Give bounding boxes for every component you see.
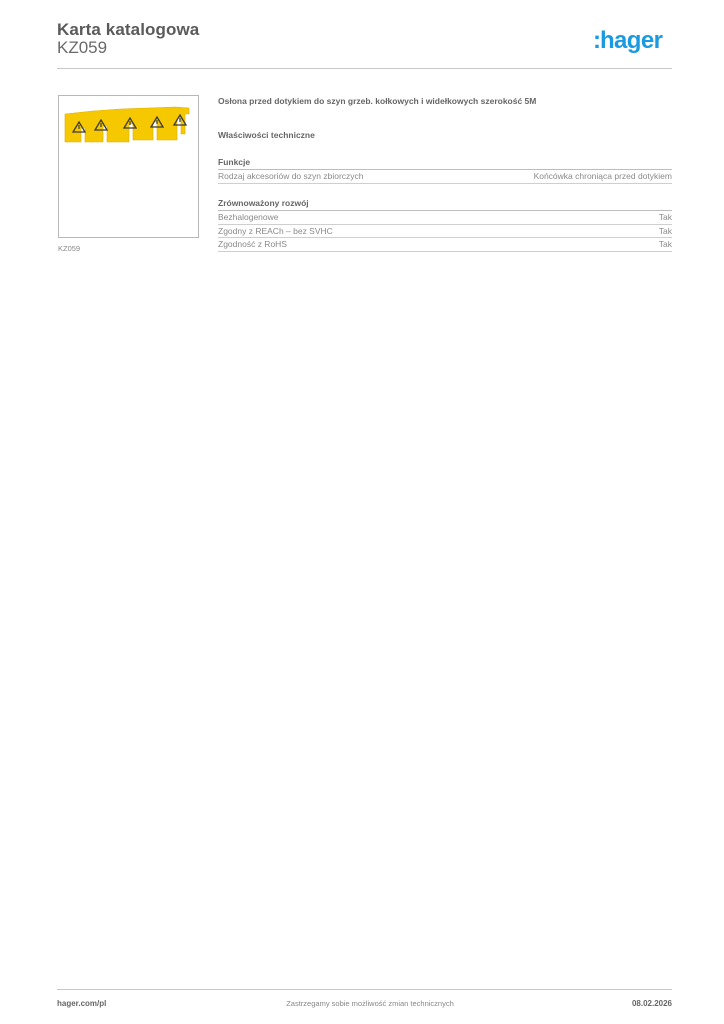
product-image: [58, 95, 199, 238]
logo-colon: :: [593, 27, 600, 54]
row-label: Zgodność z RoHS: [218, 238, 287, 251]
row-label: Rodzaj akcesoriów do szyn zbiorczych: [218, 170, 364, 183]
product-description: Osłona przed dotykiem do szyn grzeb. koł…: [218, 96, 536, 106]
document-title: Karta katalogowa: [57, 20, 199, 40]
image-caption: KZ059: [58, 244, 80, 253]
row-value: Końcówka chroniąca przed dotykiem: [534, 170, 672, 183]
row-label: Zgodny z REACh – bez SVHC: [218, 225, 333, 238]
header-divider: [57, 68, 672, 69]
footer-divider: [57, 989, 672, 990]
busbar-shield-icon: [63, 106, 195, 146]
section-title: Zrównoważony rozwój: [218, 197, 672, 211]
row-value: Tak: [659, 211, 672, 224]
hager-logo: :hager: [593, 27, 662, 55]
footer-date: 08.02.2026: [632, 999, 672, 1008]
technical-properties-heading: Właściwości techniczne: [218, 130, 315, 140]
row-label: Bezhalogenowe: [218, 211, 279, 224]
row-value: Tak: [659, 225, 672, 238]
table-row: Bezhalogenowe Tak: [218, 211, 672, 225]
section-sustainability: Zrównoważony rozwój Bezhalogenowe Tak Zg…: [218, 197, 672, 252]
section-title: Funkcje: [218, 156, 672, 170]
logo-text: hager: [600, 27, 662, 54]
table-row: Zgodność z RoHS Tak: [218, 238, 672, 252]
footer-disclaimer: Zastrzegamy sobie możliwość zmian techni…: [0, 999, 724, 1008]
row-value: Tak: [659, 238, 672, 251]
section-funkcje: Funkcje Rodzaj akcesoriów do szyn zbiorc…: [218, 156, 672, 184]
product-code: KZ059: [57, 38, 107, 58]
table-row: Rodzaj akcesoriów do szyn zbiorczych Koń…: [218, 170, 672, 184]
table-row: Zgodny z REACh – bez SVHC Tak: [218, 225, 672, 239]
